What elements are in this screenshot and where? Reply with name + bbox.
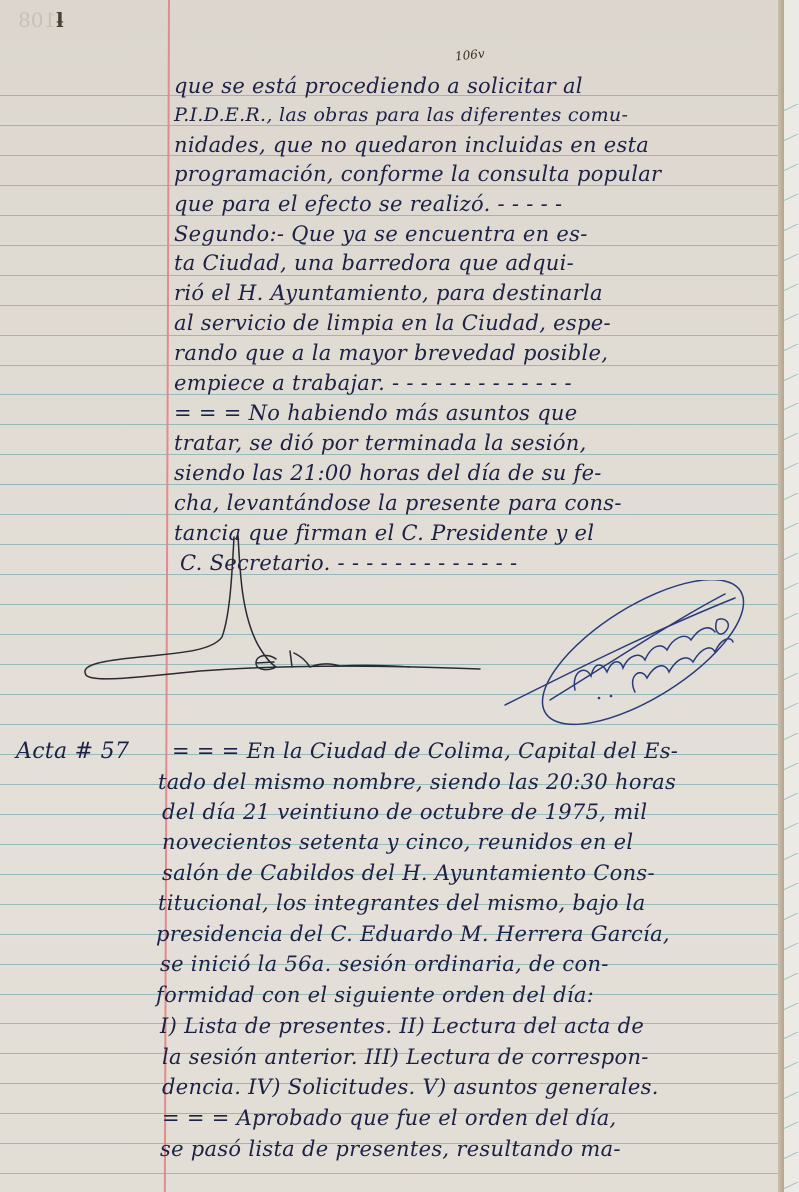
text-line: se inició la 56a. sesión ordinaria, de c…: [160, 952, 609, 976]
text-line: Segundo:- Que ya se encuentra en es-: [174, 222, 588, 246]
folio-stamp-mark: ƚ: [56, 8, 64, 32]
ruled-line: [0, 305, 784, 306]
text-line: siendo las 21:00 horas del día de su fe-: [174, 461, 602, 485]
ruled-line: [784, 823, 798, 830]
text-line: programación, conforme la consulta popul…: [174, 162, 661, 186]
ruled-line: [0, 275, 784, 276]
notebook-page: 108 ƚ 106v que se está procediendo a sol…: [0, 0, 784, 1192]
ruled-line: [784, 1122, 798, 1129]
ruled-line: [784, 374, 798, 381]
ruled-line: [784, 254, 798, 261]
text-line: salón de Cabildos del H. Ayuntamiento Co…: [162, 861, 655, 885]
text-line: que para el efecto se realizó. - - - - -: [174, 192, 562, 216]
text-line: rió el H. Ayuntamiento, para destinarla: [174, 281, 603, 305]
ruled-line: [0, 1173, 784, 1174]
ruled-line: [784, 344, 798, 351]
acta-heading: Acta # 57: [16, 739, 129, 764]
text-line: ta Ciudad, una barredora que adqui-: [174, 251, 574, 275]
text-line: = = = En la Ciudad de Colima, Capital de…: [172, 739, 678, 763]
ruled-line: [784, 973, 798, 980]
ruled-line: [784, 523, 798, 530]
text-line: presidencia del C. Eduardo M. Herrera Ga…: [156, 922, 670, 946]
ruled-line: [784, 853, 798, 860]
ruled-line: [784, 883, 798, 890]
signature-presidente-icon: [80, 535, 500, 685]
text-line: del día 21 veintiuno de octubre de 1975,…: [162, 800, 647, 824]
ruled-line: [0, 335, 784, 336]
ruled-line: [784, 284, 798, 291]
ruled-line: [784, 314, 798, 321]
ruled-line: [784, 1092, 798, 1099]
ruled-line: [784, 1003, 798, 1010]
ruled-line: [784, 763, 798, 770]
ruled-line: [784, 943, 798, 950]
ruled-line: [784, 793, 798, 800]
ruled-line: [784, 493, 798, 500]
ruled-line: [784, 403, 798, 410]
text-line: formidad con el siguiente orden del día:: [156, 983, 594, 1007]
text-line: P.I.D.E.R., las obras para las diferente…: [174, 104, 628, 126]
ruled-line: [784, 194, 798, 201]
ruled-line: [784, 613, 798, 620]
ruled-line: [784, 673, 798, 680]
text-line: nidades, que no quedaron incluidas en es…: [174, 133, 649, 157]
ruled-line: [784, 553, 798, 560]
folio-stamp-bleedthrough: 108: [18, 8, 56, 32]
text-line: = = = No habiendo más asuntos que: [174, 401, 578, 425]
ruled-line: [784, 224, 798, 231]
text-line: cha, levantándose la presente para cons-: [174, 491, 622, 515]
text-line: novecientos setenta y cinco, reunidos en…: [162, 830, 633, 854]
text-line: = = = Aprobado que fue el orden del día,: [162, 1106, 617, 1130]
text-line: empiece a trabajar. - - - - - - - - - - …: [174, 371, 572, 395]
ruled-line: [784, 104, 798, 111]
ruled-line: [0, 365, 784, 366]
text-line: dencia. IV) Solicitudes. V) asuntos gene…: [162, 1075, 659, 1099]
ruled-line: [784, 433, 798, 440]
text-line: la sesión anterior. III) Lectura de corr…: [162, 1045, 649, 1069]
ruled-line: [784, 1182, 798, 1189]
ruled-line: [784, 134, 798, 141]
text-line: titucional, los integrantes del mismo, b…: [158, 891, 646, 915]
ruled-line: [784, 703, 798, 710]
ruled-line: [784, 1032, 798, 1039]
text-line: al servicio de limpia en la Ciudad, espe…: [174, 311, 611, 335]
text-line: se pasó lista de presentes, resultando m…: [160, 1137, 621, 1161]
signature-secretario-icon: [495, 580, 755, 730]
ruled-line: [784, 1152, 798, 1159]
text-line: tado del mismo nombre, siendo las 20:30 …: [158, 770, 676, 794]
ruled-line: [784, 164, 798, 171]
ruled-line: [784, 643, 798, 650]
folio-number: 106v: [454, 46, 485, 63]
adjacent-page-strip: [784, 0, 799, 1192]
ruled-line: [784, 733, 798, 740]
ruled-line: [784, 913, 798, 920]
ruled-line: [784, 583, 798, 590]
text-line: que se está procediendo a solicitar al: [174, 74, 583, 98]
ruled-line: [784, 1062, 798, 1069]
ruled-line: [784, 463, 798, 470]
text-line: I) Lista de presentes. II) Lectura del a…: [160, 1014, 644, 1038]
text-line: rando que a la mayor brevedad posible,: [174, 341, 608, 365]
text-line: tratar, se dió por terminada la sesión,: [174, 431, 587, 455]
